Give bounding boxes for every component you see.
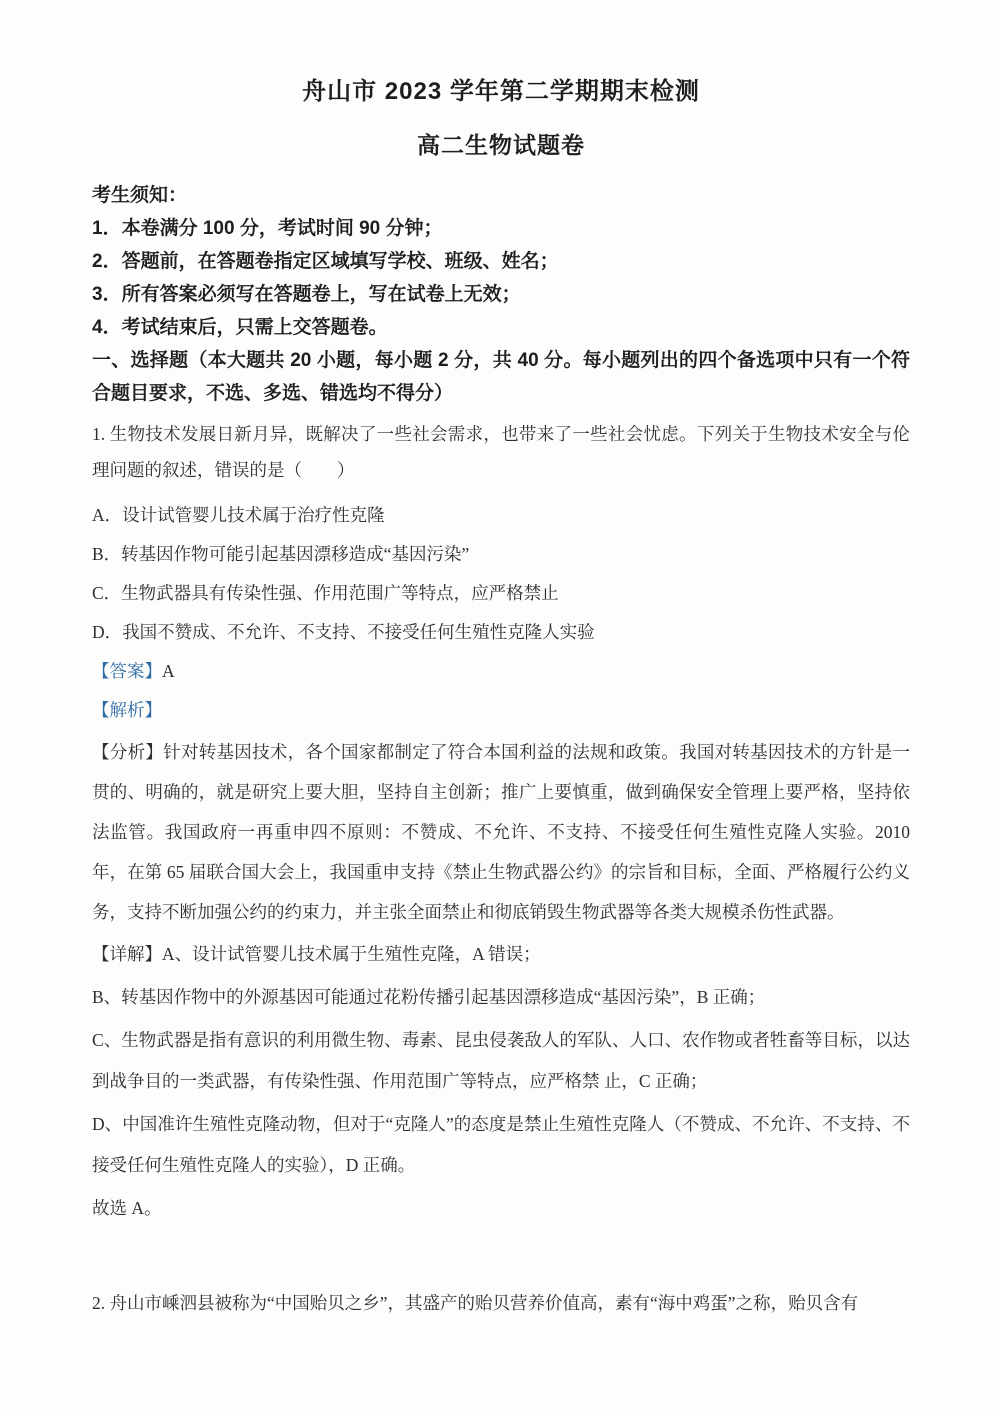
question-1-detail-a: 【详解】A、设计试管婴儿技术属于生殖性克隆，A 错误； bbox=[92, 934, 910, 975]
notice-heading: 考生须知： bbox=[92, 180, 910, 212]
analysis-label: 【解析】 bbox=[92, 700, 162, 720]
answer-line: 【答案】A bbox=[92, 652, 910, 691]
question-1-option-c: C．生物武器具有传染性强、作用范围广等特点，应严格禁止 bbox=[92, 574, 910, 613]
question-1-detail-d: D、中国准许生殖性克隆动物，但对于“克隆人”的态度是禁止生殖性克隆人（不赞成、不… bbox=[92, 1104, 910, 1186]
notice-item-3: 3．所有答案必须写在答题卷上，写在试卷上无效； bbox=[92, 278, 910, 311]
notice-item-1: 1．本卷满分 100 分，考试时间 90 分钟； bbox=[92, 212, 910, 245]
exam-title: 舟山市 2023 学年第二学期期末检测 bbox=[92, 76, 910, 108]
question-1-detail-b: B、转基因作物中的外源基因可能通过花粉传播引起基因漂移造成“基因污染”，B 正确… bbox=[92, 977, 910, 1018]
section-heading-choice-questions: 一、选择题（本大题共 20 小题，每小题 2 分，共 40 分。每小题列出的四个… bbox=[92, 344, 910, 410]
notice-item-4: 4．考试结束后，只需上交答题卷。 bbox=[92, 311, 910, 344]
question-1-analysis: 【分析】针对转基因技术，各个国家都制定了符合本国利益的法规和政策。我国对转基因技… bbox=[92, 732, 910, 932]
notice-item-2: 2．答题前，在答题卷指定区域填写学校、班级、姓名； bbox=[92, 245, 910, 278]
exam-paper-page: 舟山市 2023 学年第二学期期末检测 高二生物试题卷 考生须知： 1．本卷满分… bbox=[0, 0, 1000, 1414]
question-1-option-d: D．我国不赞成、不允许、不支持、不接受任何生殖性克隆人实验 bbox=[92, 613, 910, 652]
answer-label: 【答案】 bbox=[92, 661, 162, 681]
analysis-label-line: 【解析】 bbox=[92, 691, 910, 730]
question-1-stem: 1. 生物技术发展日新月异，既解决了一些社会需求，也带来了一些社会忧虑。下列关于… bbox=[92, 416, 910, 488]
exam-subtitle: 高二生物试题卷 bbox=[92, 130, 910, 160]
question-1-option-a: A．设计试管婴儿技术属于治疗性克隆 bbox=[92, 496, 910, 535]
question-2-stem: 2. 舟山市嵊泗县被称为“中国贻贝之乡”，其盛产的贻贝营养价值高，素有“海中鸡蛋… bbox=[92, 1285, 910, 1321]
question-1-detail-c: C、生物武器是指有意识的利用微生物、毒素、昆虫侵袭敌人的军队、人口、农作物或者牲… bbox=[92, 1020, 910, 1102]
question-1-option-b: B．转基因作物可能引起基因漂移造成“基因污染” bbox=[92, 535, 910, 574]
answer-value: A bbox=[162, 661, 175, 681]
question-1-closing: 故选 A。 bbox=[92, 1188, 910, 1229]
